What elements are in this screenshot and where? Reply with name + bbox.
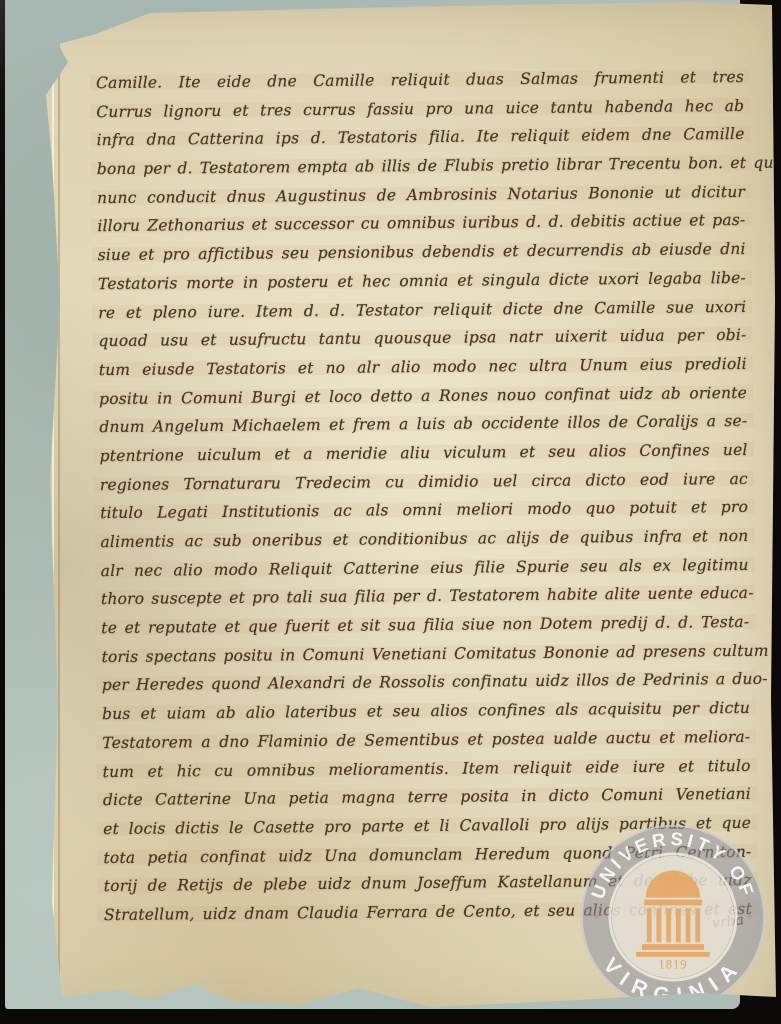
manuscript-text-block: Camille. Ite eide dne Camille reliquit d… (96, 63, 752, 930)
manuscript-page: Camille. Ite eide dne Camille reliquit d… (0, 0, 781, 1024)
stamp-year: 1819 (658, 957, 687, 971)
stamp-separator-dot (747, 915, 752, 920)
page-edge-crease (58, 40, 60, 998)
library-stamp: 1819 UNIVERSITY OF VIRGINIA (575, 820, 771, 1014)
stamp-separator-dot (594, 915, 599, 920)
photo-backdrop: Camille. Ite eide dne Camille reliquit d… (0, 0, 781, 1024)
stamp-seal: 1819 UNIVERSITY OF VIRGINIA (575, 820, 771, 1014)
